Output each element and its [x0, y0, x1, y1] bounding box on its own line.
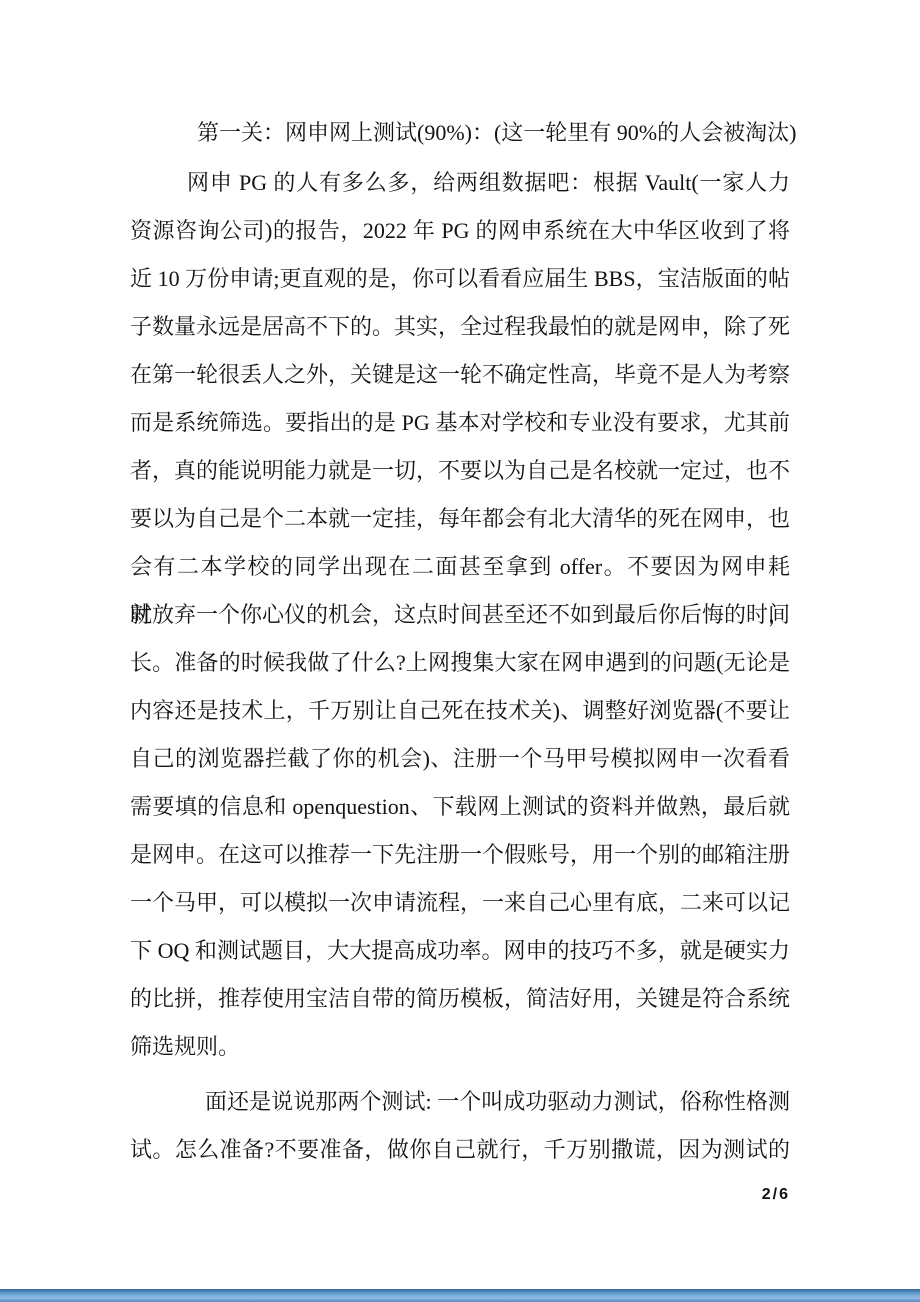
text-line: 筛选规则。: [130, 1023, 790, 1071]
text-line: 子数量永远是居高不下的。其实，全过程我最怕的就是网申，除了死: [130, 303, 790, 351]
text-line: 内容还是技术上，千万别让自己死在技术关)、调整好浏览器(不要让: [130, 687, 790, 735]
document-page: 第一关：网申网上测试(90%)：(这一轮里有 90%的人会被淘汰)网申 PG 的…: [0, 0, 920, 1302]
paragraph: 网申 PG 的人有多么多，给两组数据吧：根据 Vault(一家人力资源咨询公司)…: [130, 159, 790, 1071]
text-line: 需要填的信息和 openquestion、下载网上测试的资料并做熟，最后就: [130, 783, 790, 831]
footer-accent-bar: [0, 1289, 920, 1302]
text-line: 资源咨询公司)的报告，2022 年 PG 的网申系统在大中华区收到了将: [130, 207, 790, 255]
text-line: 面还是说说那两个测试: 一个叫成功驱动力测试，俗称性格测: [130, 1078, 790, 1126]
text-line: 者，真的能说明能力就是一切，不要以为自己是名校就一定过，也不: [130, 447, 790, 495]
text-line: 长。准备的时候我做了什么?上网搜集大家在网申遇到的问题(无论是: [130, 639, 790, 687]
text-line: 而是系统筛选。要指出的是 PG 基本对学校和专业没有要求，尤其前: [130, 399, 790, 447]
paragraph: 第一关：网申网上测试(90%)：(这一轮里有 90%的人会被淘汰): [130, 109, 790, 157]
text-line: 是网申。在这可以推荐一下先注册一个假账号，用一个别的邮箱注册: [130, 831, 790, 879]
text-line: 的比拼，推荐使用宝洁自带的简历模板，简洁好用，关键是符合系统: [130, 975, 790, 1023]
text-line: 第一关：网申网上测试(90%)：(这一轮里有 90%的人会被淘汰): [130, 109, 790, 157]
page-number: 2/6: [762, 1186, 790, 1204]
document-body: 第一关：网申网上测试(90%)：(这一轮里有 90%的人会被淘汰)网申 PG 的…: [130, 109, 790, 1174]
text-line: 一个马甲，可以模拟一次申请流程，一来自己心里有底，二来可以记: [130, 879, 790, 927]
text-line: 网申 PG 的人有多么多，给两组数据吧：根据 Vault(一家人力: [130, 159, 790, 207]
text-line: 要以为自己是个二本就一定挂，每年都会有北大清华的死在网申，也: [130, 495, 790, 543]
text-line: 会有二本学校的同学出现在二面甚至拿到 offer。不要因为网申耗时，: [130, 543, 790, 591]
text-line: 在第一轮很丢人之外，关键是这一轮不确定性高，毕竟不是人为考察: [130, 351, 790, 399]
text-line: 试。怎么准备?不要准备，做你自己就行，千万别撒谎，因为测试的: [130, 1126, 790, 1174]
text-line: 近 10 万份申请;更直观的是，你可以看看应届生 BBS，宝洁版面的帖: [130, 255, 790, 303]
text-line: 自己的浏览器拦截了你的机会)、注册一个马甲号模拟网申一次看看: [130, 735, 790, 783]
text-line: 下 OQ 和测试题目，大大提高成功率。网申的技巧不多，就是硬实力: [130, 927, 790, 975]
text-line: 就放弃一个你心仪的机会，这点时间甚至还不如到最后你后悔的时间: [130, 591, 790, 639]
paragraph: 面还是说说那两个测试: 一个叫成功驱动力测试，俗称性格测试。怎么准备?不要准备，…: [130, 1078, 790, 1174]
